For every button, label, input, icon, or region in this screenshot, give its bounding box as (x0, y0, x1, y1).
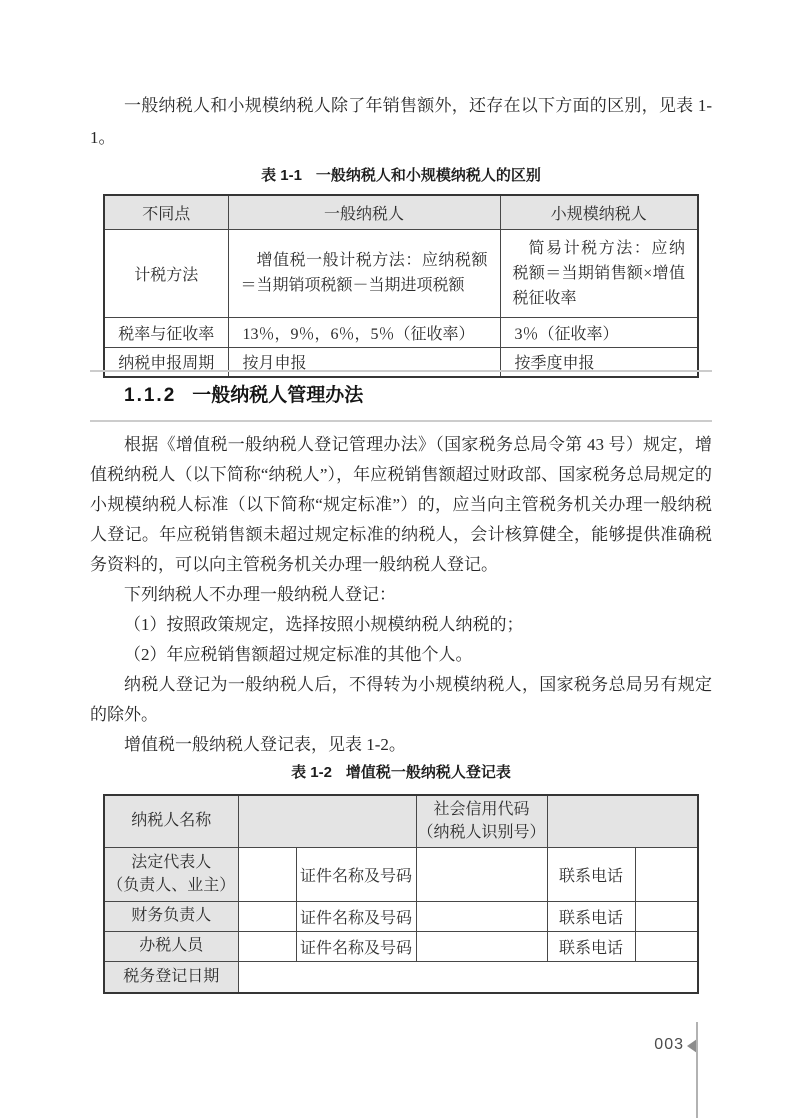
table1-cell-small: 简易计税方法：应纳税额＝当期销售额×增值税征收率 (500, 229, 698, 317)
table1-cell-general: 增值税一般计税方法：应纳税额＝当期销项税额－当期进项税额 (228, 229, 500, 317)
table-row: 计税方法 增值税一般计税方法：应纳税额＝当期销项税额－当期进项税额 简易计税方法… (104, 229, 698, 317)
paragraph: 根据《增值税一般纳税人登记管理办法》（国家税务总局令第 43 号）规定，增值税纳… (90, 430, 712, 580)
table-1-1: 不同点 一般纳税人 小规模纳税人 计税方法 增值税一般计税方法：应纳税额＝当期销… (103, 194, 699, 378)
table2-row-label: 法定代表人 （负责人、业主） (104, 847, 238, 901)
table1-caption: 表 1-1一般纳税人和小规模纳税人的区别 (90, 164, 712, 185)
paragraph: （2）年应税销售额超过规定标准的其他个人。 (90, 640, 712, 670)
table2-phone-label: 联系电话 (547, 901, 635, 931)
body-paragraphs: 根据《增值税一般纳税人登记管理办法》（国家税务总局令第 43 号）规定，增值税纳… (90, 430, 712, 760)
section-title: 一般纳税人管理办法 (192, 385, 363, 406)
table2-empty-cell (238, 961, 698, 993)
intro-paragraph-block: 一般纳税人和小规模纳税人除了年销售额外，还存在以下方面的区别，见表 1-1。 (90, 90, 712, 154)
table-1-2: 纳税人名称 社会信用代码 （纳税人识别号） 法定代表人 （负责人、业主） 证件名… (103, 794, 699, 994)
table1-header-difference: 不同点 (104, 195, 228, 229)
table2-caption: 表 1-2增值税一般纳税人登记表 (90, 761, 712, 782)
table1-row-label: 税率与征收率 (104, 317, 228, 347)
paragraph: 下列纳税人不办理一般纳税人登记： (90, 580, 712, 610)
table2-empty-cell (416, 931, 547, 961)
table2-row-label: 财务负责人 (104, 901, 238, 931)
table2-header-code-line1: 社会信用代码 (417, 798, 547, 821)
table1-row-label: 计税方法 (104, 229, 228, 317)
table2-empty-cell (635, 847, 698, 901)
table1-header-small: 小规模纳税人 (500, 195, 698, 229)
table2-cert-label: 证件名称及号码 (296, 847, 416, 901)
table2-row-label: 办税人员 (104, 931, 238, 961)
table1-caption-title: 一般纳税人和小规模纳税人的区别 (316, 167, 541, 184)
table2-empty-cell (238, 931, 296, 961)
page-edge-line (696, 1022, 698, 1118)
table2-caption-title: 增值税一般纳税人登记表 (346, 764, 511, 781)
section-heading: 1.1.2一般纳税人管理办法 (90, 370, 712, 422)
paragraph: 一般纳税人和小规模纳税人除了年销售额外，还存在以下方面的区别，见表 1-1。 (90, 90, 712, 154)
paragraph: 增值税一般纳税人登记表，见表 1-2。 (90, 730, 712, 760)
table1-cell-general: 13％，9％，6％，5％（征收率） (228, 317, 500, 347)
table-row: 不同点 一般纳税人 小规模纳税人 (104, 195, 698, 229)
table2-date-label: 税务登记日期 (104, 961, 238, 993)
table2-empty-cell (238, 847, 296, 901)
table-row: 法定代表人 （负责人、业主） 证件名称及号码 联系电话 (104, 847, 698, 901)
table-row: 税率与征收率 13％，9％，6％，5％（征收率） 3％（征收率） (104, 317, 698, 347)
document-page: 一般纳税人和小规模纳税人除了年销售额外，还存在以下方面的区别，见表 1-1。 表… (0, 0, 800, 1118)
paragraph: （1）按照政策规定，选择按照小规模纳税人纳税的； (90, 610, 712, 640)
table2-caption-label: 表 1-2 (291, 764, 332, 781)
table2-empty-cell (416, 847, 547, 901)
table2-phone-label: 联系电话 (547, 847, 635, 901)
table2-header-name: 纳税人名称 (104, 795, 238, 847)
table-row: 税务登记日期 (104, 961, 698, 993)
table-row: 纳税人名称 社会信用代码 （纳税人识别号） (104, 795, 698, 847)
table2-header-code: 社会信用代码 （纳税人识别号） (416, 795, 547, 847)
section-number: 1.1.2 (124, 385, 176, 406)
table2-empty-cell (238, 901, 296, 931)
table2-header-name-value-cell (238, 795, 416, 847)
table2-empty-cell (416, 901, 547, 931)
paragraph: 纳税人登记为一般纳税人后，不得转为小规模纳税人，国家税务总局另有规定的除外。 (90, 670, 712, 730)
table2-cert-label: 证件名称及号码 (296, 931, 416, 961)
table2-header-code-line2: （纳税人识别号） (417, 821, 547, 844)
table-row: 办税人员 证件名称及号码 联系电话 (104, 931, 698, 961)
table2-cert-label: 证件名称及号码 (296, 901, 416, 931)
table1-header-general: 一般纳税人 (228, 195, 500, 229)
table2-phone-label: 联系电话 (547, 931, 635, 961)
table1-caption-label: 表 1-1 (261, 167, 302, 184)
page-number: 003 (644, 1036, 684, 1054)
table-row: 财务负责人 证件名称及号码 联系电话 (104, 901, 698, 931)
table1-cell-small: 3％（征收率） (500, 317, 698, 347)
table2-empty-cell (635, 901, 698, 931)
table2-header-code-value-cell (547, 795, 698, 847)
table2-empty-cell (635, 931, 698, 961)
